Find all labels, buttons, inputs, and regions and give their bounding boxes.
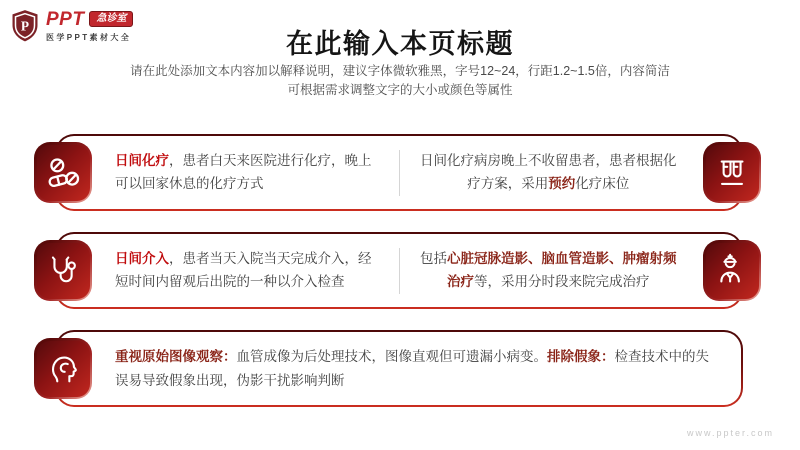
card-icon-badge	[34, 338, 92, 399]
test-tubes-icon	[713, 154, 751, 192]
info-card-day-chemo: 日间化疗，患者白天来医院进行化疗，晚上可以回家休息的化疗方式 日间化疗病房晚上不…	[55, 134, 743, 211]
card-icon-badge	[34, 142, 92, 203]
subtitle-line-2: 可根据需求调整文字的大小或颜色等属性	[0, 81, 800, 100]
slide: { "logo": { "shield_letter": "P", "brand…	[0, 0, 800, 450]
card-text-right: 日间化疗病房晚上不收留患者，患者根据化疗方案，采用预约化疗床位	[400, 150, 742, 196]
card-icon-badge	[703, 240, 761, 301]
doctor-icon	[713, 252, 751, 290]
card-icon-badge	[34, 240, 92, 301]
card-text-left: 日间介入，患者当天入院当天完成介入，经短时间内留观后出院的一种以介入检查	[57, 248, 399, 294]
card-text-left: 日间化疗，患者白天来医院进行化疗，晚上可以回家休息的化疗方式	[57, 150, 399, 196]
card-icon-badge	[703, 142, 761, 203]
pills-icon	[44, 154, 82, 192]
page-subtitle: 请在此处添加文本内容加以解释说明，建议字体微软雅黑，字号12~24，行距1.2~…	[0, 62, 800, 101]
head-profile-icon	[44, 350, 82, 388]
page-title: 在此输入本页标题	[0, 22, 800, 61]
card-text-full: 重视原始图像观察：血管成像为后处理技术，图像直观但可遗漏小病变。排除假象：检查技…	[57, 345, 741, 392]
stethoscope-icon	[44, 252, 82, 290]
watermark: www.ppter.com	[687, 428, 774, 438]
card-text-right: 包括心脏冠脉造影、脑血管造影、肿瘤射频治疗等，采用分时段来院完成治疗	[400, 248, 742, 294]
subtitle-line-1: 请在此处添加文本内容加以解释说明，建议字体微软雅黑，字号12~24，行距1.2~…	[0, 62, 800, 81]
info-card-day-intervention: 日间介入，患者当天入院当天完成介入，经短时间内留观后出院的一种以介入检查 包括心…	[55, 232, 743, 309]
info-card-image-review: 重视原始图像观察：血管成像为后处理技术，图像直观但可遗漏小病变。排除假象：检查技…	[55, 330, 743, 407]
